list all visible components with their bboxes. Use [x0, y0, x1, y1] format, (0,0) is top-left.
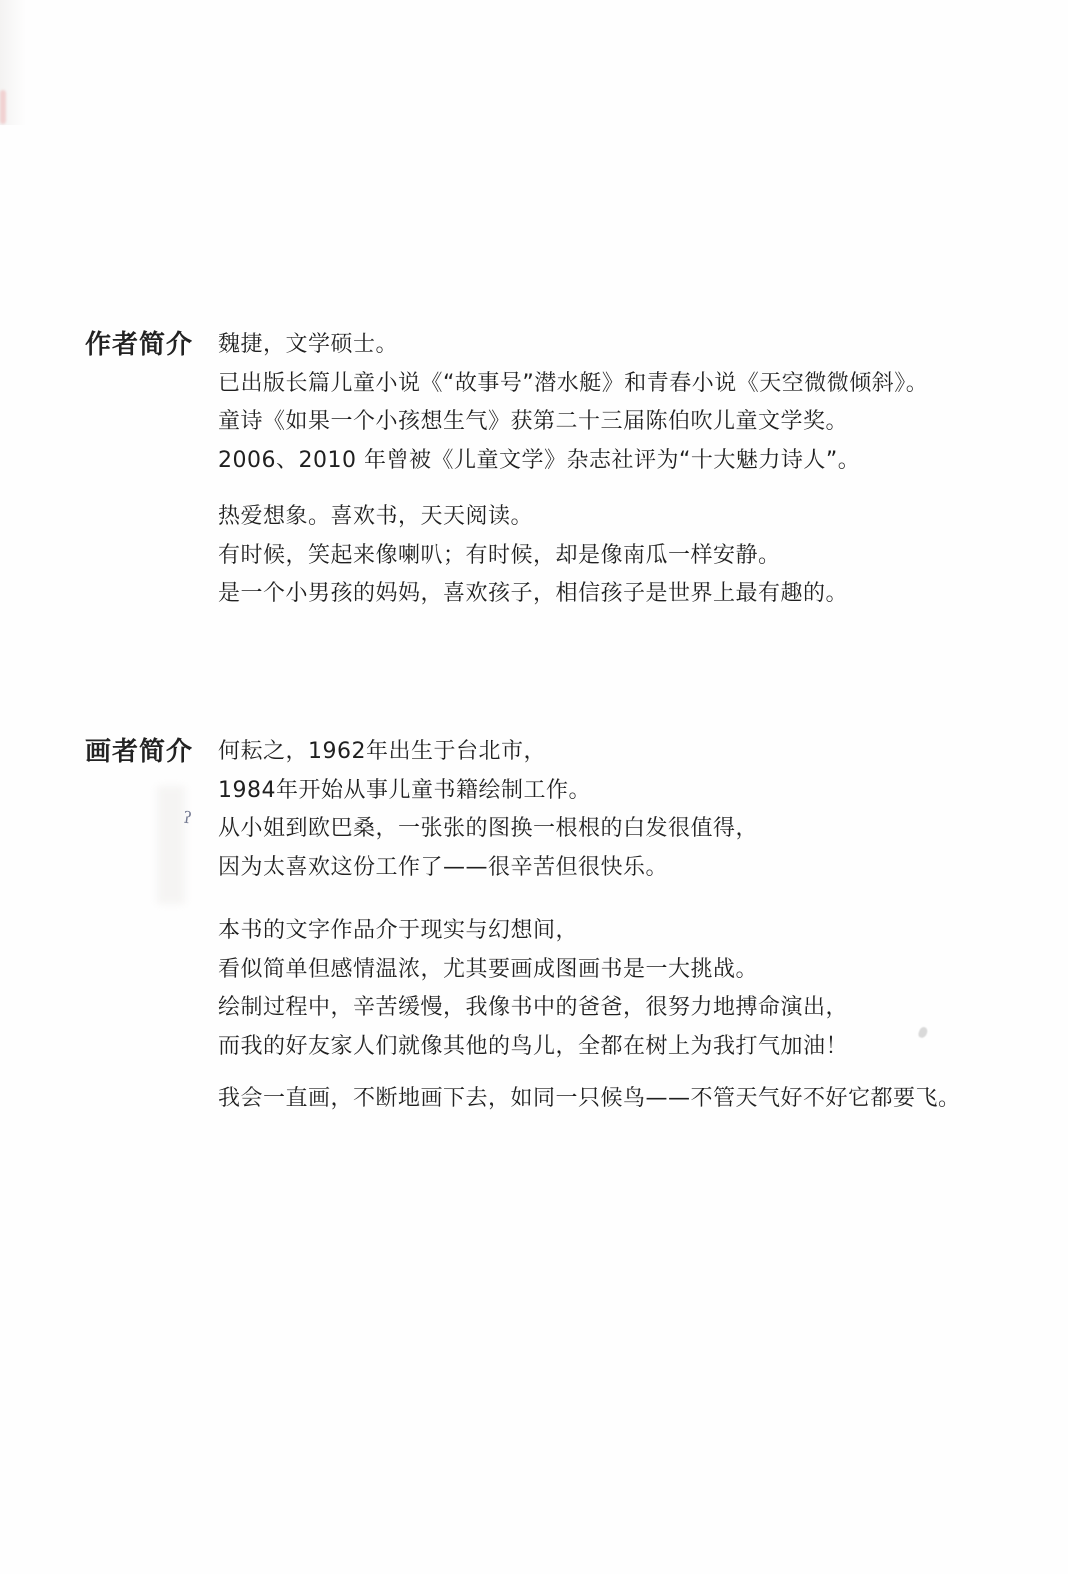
text-line: 看似简单但感情温浓，尤其要画成图画书是一大挑战。: [218, 951, 961, 990]
author-intro-heading: 作者简介: [85, 326, 218, 365]
illustrator-intro-section: 画者简介 何耘之，1962年出生于台北市， 1984年开始从事儿童书籍绘制工作。…: [85, 733, 961, 1118]
author-intro-content: 魏捷，文学硕士。 已出版长篇儿童小说《“故事号”潜水艇》和青春小说《天空微微倾斜…: [218, 326, 928, 614]
text-line: 2006、2010 年曾被《儿童文学》杂志社评为“十大魅力诗人”。: [218, 442, 928, 481]
text-line: 有时候，笑起来像喇叭；有时候，却是像南瓜一样安静。: [218, 537, 928, 576]
text-line: 1984年开始从事儿童书籍绘制工作。: [218, 772, 961, 811]
illustrator-bio-paragraph-1: 何耘之，1962年出生于台北市， 1984年开始从事儿童书籍绘制工作。 从小姐到…: [218, 733, 961, 888]
text-line: 从小姐到欧巴桑，一张张的图换一根根的白发很值得，: [218, 810, 961, 849]
illustrator-bio-paragraph-3: 我会一直画，不断地画下去，如同一只候鸟——不管天气好不好它都要飞。: [218, 1080, 961, 1119]
text-line: 魏捷，文学硕士。: [218, 326, 928, 365]
text-line: 何耘之，1962年出生于台北市，: [218, 733, 961, 772]
illustrator-intro-content: 何耘之，1962年出生于台北市， 1984年开始从事儿童书籍绘制工作。 从小姐到…: [218, 733, 961, 1118]
text-line: 热爱想象。喜欢书，天天阅读。: [218, 498, 928, 537]
author-intro-section: 作者简介 魏捷，文学硕士。 已出版长篇儿童小说《“故事号”潜水艇》和青春小说《天…: [85, 326, 928, 614]
text-line: 我会一直画，不断地画下去，如同一只候鸟——不管天气好不好它都要飞。: [218, 1080, 961, 1119]
author-bio-paragraph-1: 魏捷，文学硕士。 已出版长篇儿童小说《“故事号”潜水艇》和青春小说《天空微微倾斜…: [218, 326, 928, 481]
text-line: 本书的文字作品介于现实与幻想间，: [218, 912, 961, 951]
text-line: 已出版长篇儿童小说《“故事号”潜水艇》和青春小说《天空微微倾斜》。: [218, 365, 928, 404]
pink-scan-artifact: [0, 90, 6, 124]
illustrator-intro-heading: 画者简介: [85, 733, 218, 772]
scanned-book-page: ʔ 作者简介 魏捷，文学硕士。 已出版长篇儿童小说《“故事号”潜水艇》和青春小说…: [0, 0, 1068, 1574]
text-line: 绘制过程中，辛苦缓慢，我像书中的爸爸，很努力地搏命演出，: [218, 989, 961, 1028]
author-bio-paragraph-2: 热爱想象。喜欢书，天天阅读。 有时候，笑起来像喇叭；有时候，却是像南瓜一样安静。…: [218, 498, 928, 614]
illustrator-bio-paragraph-2: 本书的文字作品介于现实与幻想间， 看似简单但感情温浓，尤其要画成图画书是一大挑战…: [218, 912, 961, 1067]
text-line: 而我的好友家人们就像其他的鸟儿，全都在树上为我打气加油！: [218, 1028, 961, 1067]
text-line: 因为太喜欢这份工作了——很辛苦但很快乐。: [218, 849, 961, 888]
text-line: 是一个小男孩的妈妈，喜欢孩子，相信孩子是世界上最有趣的。: [218, 575, 928, 614]
text-line: 童诗《如果一个小孩想生气》获第二十三届陈伯吹儿童文学奖。: [218, 403, 928, 442]
